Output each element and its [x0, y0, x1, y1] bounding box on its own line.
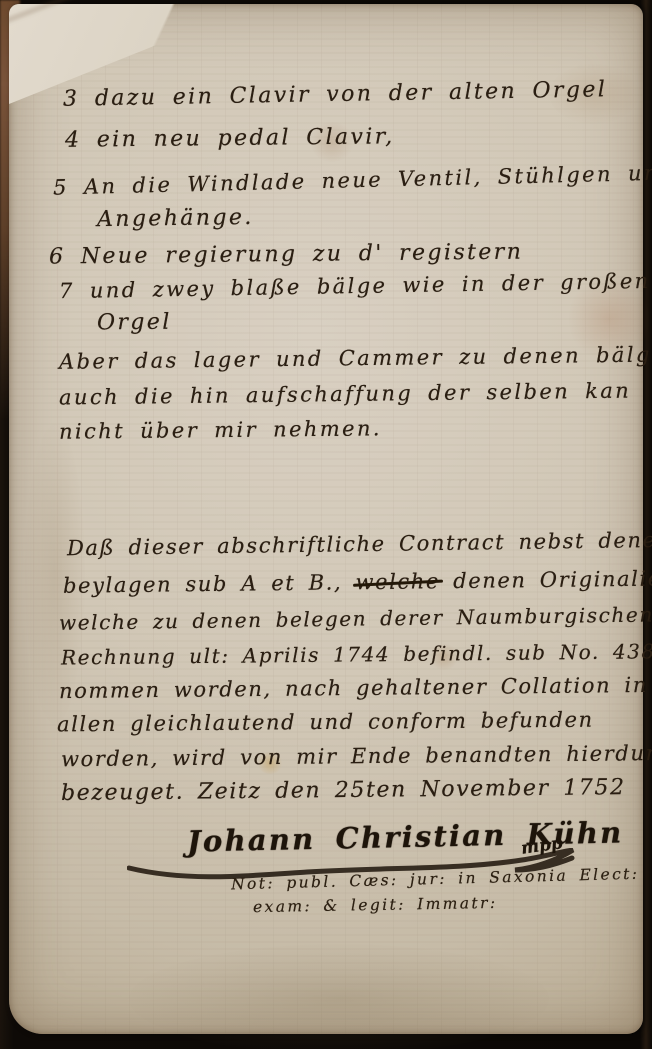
- manuscript-line-5: 6 Neue regierung zu d' registern: [49, 240, 523, 270]
- line-12-post: denen Originalien,: [440, 566, 652, 593]
- manuscript-line-16: allen gleichlautend und conform befunden: [57, 708, 594, 737]
- manuscript-page: 3 dazu ein Clavir von der alten Orgel 4 …: [9, 4, 643, 1034]
- manuscript-line-2: 4 ein neu pedal Clavir,: [65, 124, 395, 152]
- struck-word: welche: [355, 569, 440, 594]
- line-12-pre: beylagen sub A et B.,: [63, 570, 356, 598]
- manuscript-line-7: Orgel: [97, 310, 172, 336]
- photo-background: 3 dazu ein Clavir von der alten Orgel 4 …: [0, 0, 652, 1049]
- manuscript-line-4: Angehänge.: [97, 205, 254, 232]
- manuscript-line-10: nicht über mir nehmen.: [59, 416, 382, 443]
